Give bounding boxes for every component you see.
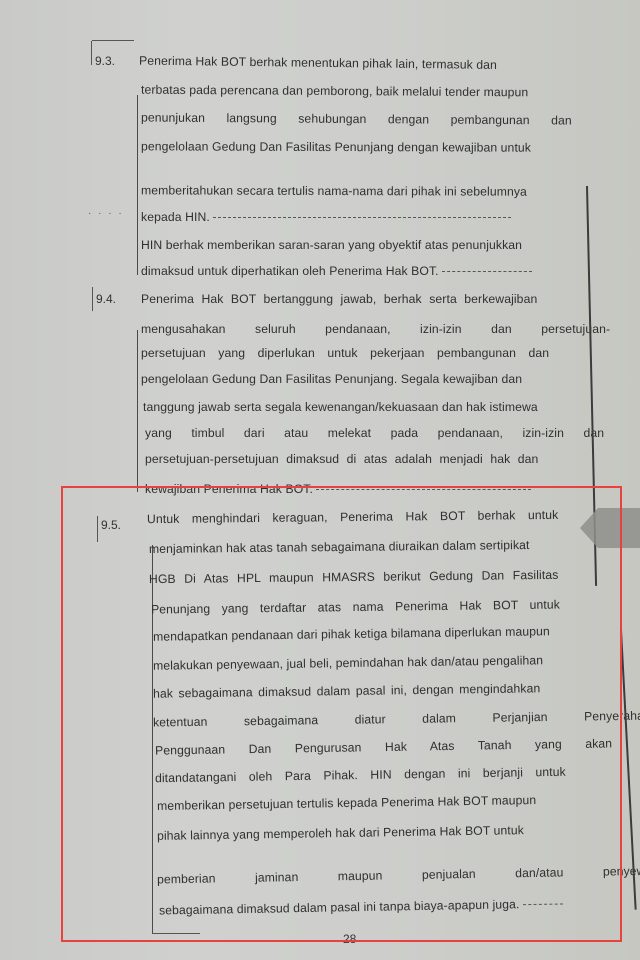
clause-9-3-line: penunjukan langsung sehubungan dengan pe… <box>141 110 572 127</box>
clause-9-3-line: kepada HIN. <box>141 210 511 224</box>
clause-9-3-bar <box>91 41 92 65</box>
clause-9-4-line: Penerima Hak BOT bertanggung jawab, berh… <box>141 292 537 306</box>
clause-9-4-line: yang timbul dari atau melekat pada penda… <box>145 426 604 440</box>
clause-9-4-line: pengelolaan Gedung Dan Fasilitas Penunja… <box>141 372 522 386</box>
clause-9-3-rule <box>137 95 138 275</box>
clause-9-3-line: Penerima Hak BOT berhak menentukan pihak… <box>139 54 533 73</box>
highlight-box-clause-9-5 <box>61 486 622 942</box>
scanned-document-page: 9.3. · · · · Penerima Hak BOT berhak men… <box>0 0 640 960</box>
clause-9-4-rule <box>137 330 138 492</box>
clause-9-3-line: terbatas pada perencana dan pemborong, b… <box>141 83 528 100</box>
clause-9-3-line: pengelolaan Gedung Dan Fasilitas Penunja… <box>141 139 531 154</box>
clause-9-3-line: HIN berhak memberikan saran-saran yang o… <box>141 238 522 252</box>
top-rule <box>92 40 134 41</box>
margin-dots: · · · · <box>88 208 124 219</box>
clause-9-4-line: mengusahakan seluruh pendanaan, izin-izi… <box>141 322 610 336</box>
clause-number: 9.4. <box>96 292 116 306</box>
clause-number: 9.3. <box>95 54 115 68</box>
clause-9-4-line: persetujuan yang diperlukan untuk pekerj… <box>141 346 549 360</box>
clause-9-3-line: memberitahukan secara tertulis nama-nama… <box>141 183 527 198</box>
clause-9-4-line: tanggung jawab serta segala kewenangan/k… <box>143 400 538 414</box>
clause-9-4-bar <box>92 287 93 311</box>
clause-9-4-line: persetujuan-persetujuan dimaksud di atas… <box>145 452 538 466</box>
clause-9-3-line: dimaksud untuk diperhatikan oleh Penerim… <box>141 264 532 278</box>
